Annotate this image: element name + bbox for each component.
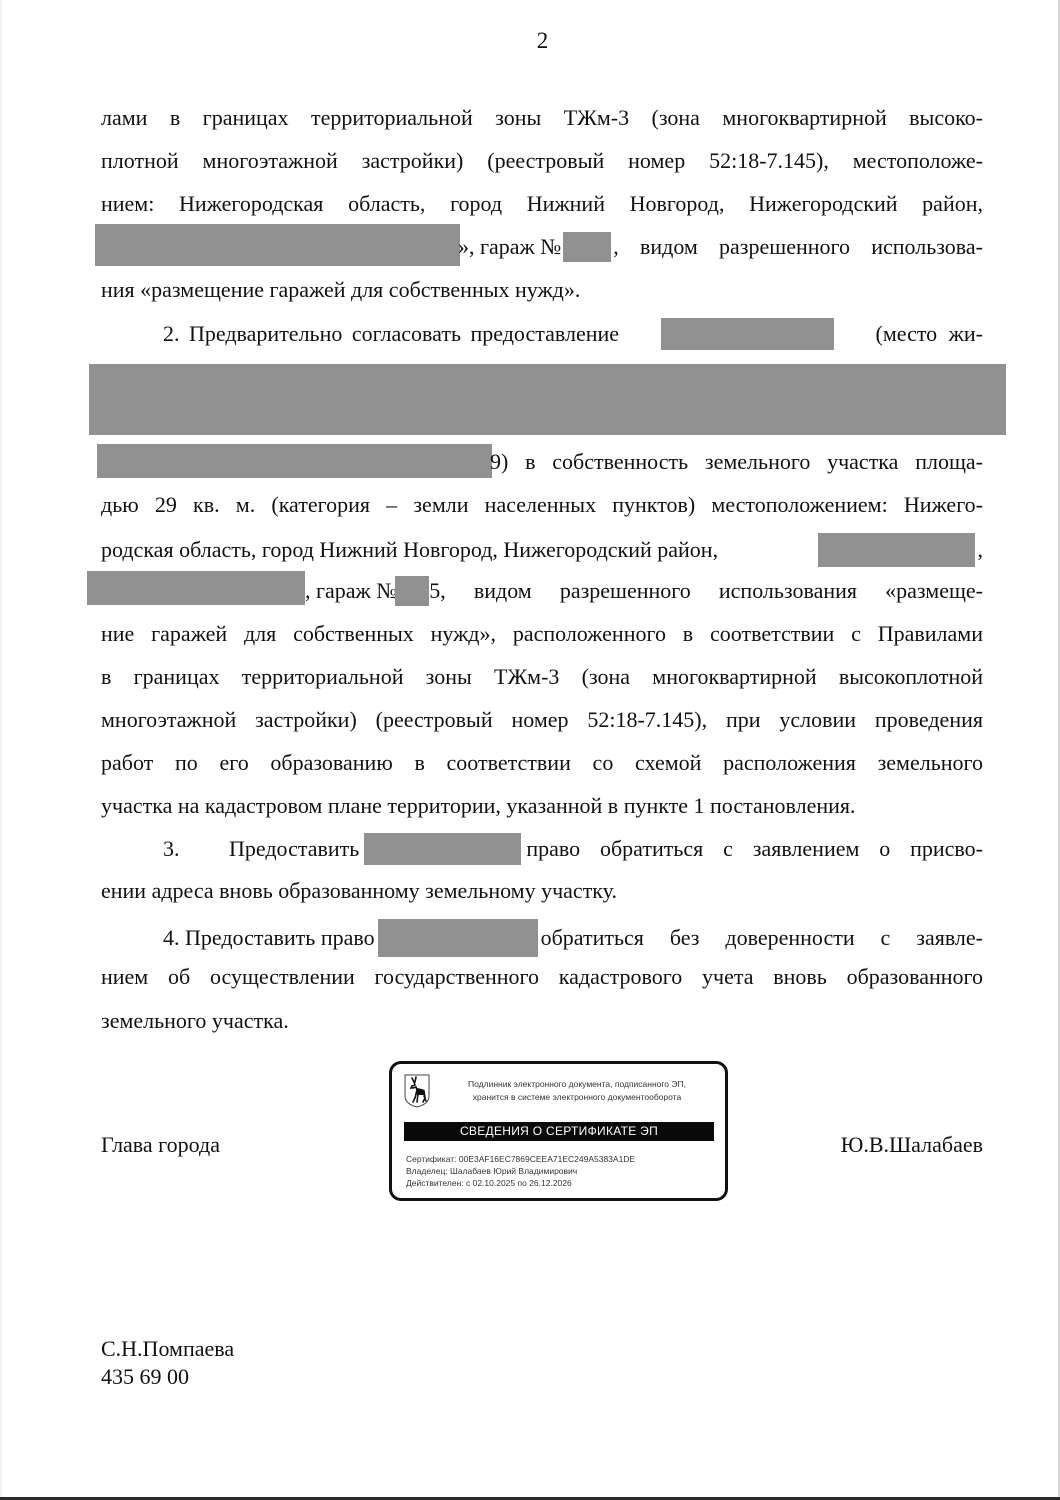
- text-line: ние гаражей для собственных нужд», распо…: [101, 619, 983, 649]
- text-fragment: (место жи-: [876, 319, 983, 349]
- redaction-block: [97, 444, 492, 478]
- text-line: 3. Предоставить право обратиться с заявл…: [163, 833, 983, 865]
- item-number: 3.: [163, 834, 229, 864]
- redaction-block: [378, 919, 538, 957]
- stamp-header-line: хранится в системе электронного документ…: [442, 1091, 712, 1104]
- text-line: лами в границах территориальной зоны ТЖм…: [101, 103, 983, 133]
- executor-name: С.Н.Помпаева: [101, 1335, 234, 1363]
- text-fragment: 5, видом разрешенного использования «раз…: [429, 576, 983, 606]
- text-line: нием об осуществлении государственного к…: [101, 962, 983, 992]
- text-fragment: , видом разрешенного использова-: [613, 232, 983, 262]
- redaction-block: [364, 833, 521, 865]
- text-line: нием: Нижегородская область, город Нижни…: [101, 189, 983, 219]
- text-line: ении адреса вновь образованному земельно…: [101, 876, 983, 906]
- text-fragment: , гараж №: [305, 576, 397, 606]
- text-fragment: родская область, город Нижний Новгород, …: [101, 535, 718, 565]
- text-line: 9) в собственность земельного участка пл…: [490, 447, 983, 477]
- certificate-info: Сертификат: 00E3AF16EC7869CEEA71EC249A53…: [406, 1153, 635, 1189]
- text-line: многоэтажной застройки) (реестровый номе…: [101, 705, 983, 735]
- executor-block: С.Н.Помпаева 435 69 00: [101, 1335, 234, 1391]
- text-fragment: право обратиться с заявлением о присво-: [526, 834, 983, 864]
- redaction-block: [661, 318, 834, 350]
- certificate-number: Сертификат: 00E3AF16EC7869CEEA71EC249A53…: [406, 1153, 635, 1165]
- text-line: дью 29 кв. м. (категория – земли населен…: [101, 490, 983, 520]
- text-fragment: 4. Предоставить право: [163, 923, 375, 953]
- signatory-position: Глава города: [101, 1132, 220, 1158]
- stamp-title: СВЕДЕНИЯ О СЕРТИФИКАТЕ ЭП: [404, 1122, 714, 1141]
- text-line: в границах территориальной зоны ТЖм-3 (з…: [101, 662, 983, 692]
- redaction-block: [395, 576, 429, 606]
- redaction-block: [563, 232, 611, 262]
- text-line: ния «размещение гаражей для собственных …: [101, 275, 983, 305]
- text-line: 2. Предварительно согласовать предоставл…: [163, 318, 983, 350]
- text-fragment: 2. Предварительно согласовать предоставл…: [163, 319, 619, 349]
- text-line: работ по его образованию в соответствии …: [101, 748, 983, 778]
- text-fragment: Предоставить: [229, 834, 359, 864]
- page-number: 2: [0, 28, 1060, 54]
- text-line: участка на кадастровом плане территории,…: [101, 791, 983, 821]
- signatory-name: Ю.В.Шалабаев: [841, 1132, 983, 1158]
- executor-phone: 435 69 00: [101, 1363, 234, 1391]
- text-fragment: обратиться без доверенности с заявле-: [541, 923, 983, 953]
- text-line: земельного участка.: [101, 1006, 983, 1036]
- redaction-block: [818, 533, 975, 567]
- text-line: плотной многоэтажной застройки) (реестро…: [101, 146, 983, 176]
- text-fragment: », гараж №: [458, 232, 561, 262]
- text-fragment: ,: [978, 535, 984, 565]
- deer-emblem-icon: [404, 1074, 430, 1108]
- stamp-header: Подлинник электронного документа, подпис…: [442, 1078, 712, 1104]
- electronic-signature-stamp: Подлинник электронного документа, подпис…: [389, 1061, 728, 1201]
- certificate-validity: Действителен: с 02.10.2025 по 26.12.2026: [406, 1177, 635, 1189]
- text-line: , гараж № 5, видом разрешенного использо…: [305, 576, 983, 606]
- text-line: », гараж № , видом разрешенного использо…: [458, 232, 983, 262]
- stamp-header-line: Подлинник электронного документа, подпис…: [442, 1078, 712, 1091]
- text-line: родская область, город Нижний Новгород, …: [101, 533, 983, 567]
- certificate-owner: Владелец: Шалабаев Юрий Владимирович: [406, 1165, 635, 1177]
- text-line: 4. Предоставить право обратиться без дов…: [163, 919, 983, 957]
- redaction-block: [87, 571, 305, 605]
- page-edge-left: [0, 0, 2, 1500]
- redaction-block: [89, 364, 1006, 435]
- redaction-block: [95, 224, 460, 266]
